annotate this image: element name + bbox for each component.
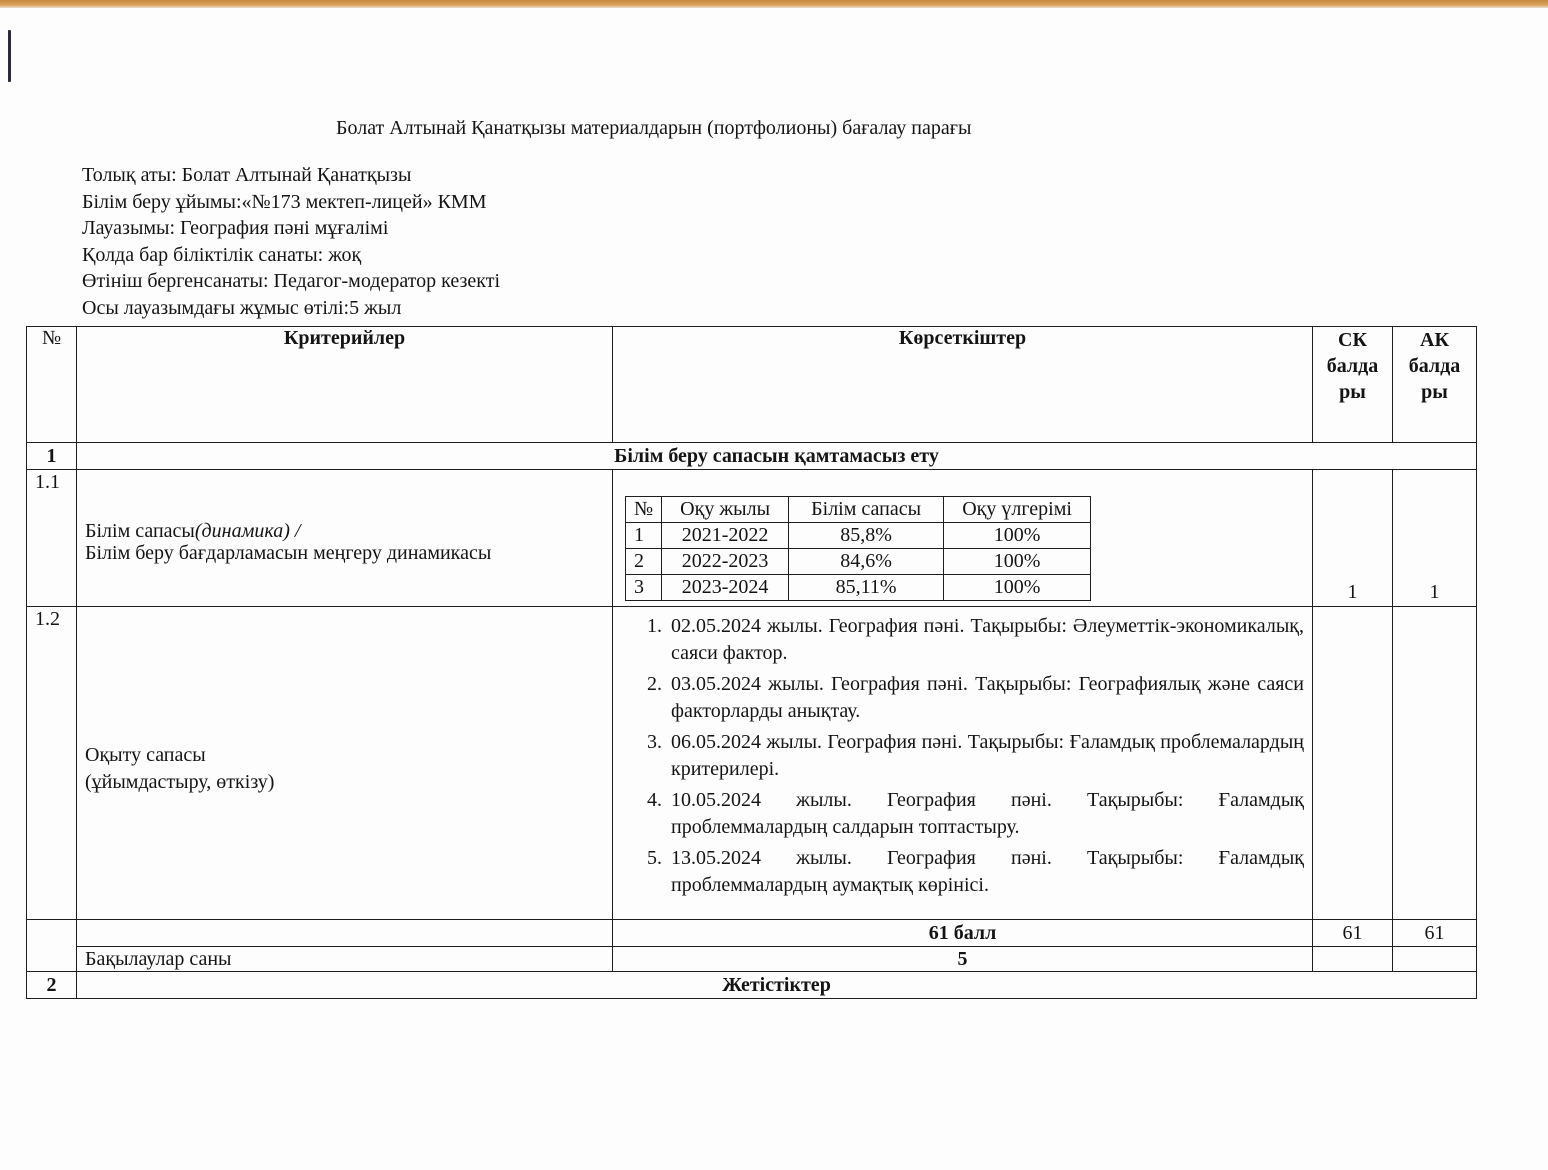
table-row: 1.2 Оқыту сапасы (ұйымдастыру, өткізу) 0… — [27, 607, 1477, 920]
info-current-category: Қолда бар біліктілік санаты: жоқ — [82, 242, 500, 269]
info-full-name: Толық аты: Болат Алтынай Қанатқызы — [82, 162, 500, 189]
total-label: 61 балл — [613, 920, 1313, 947]
header-indicators: Көрсеткіштер — [613, 327, 1313, 443]
indicators-cell: № Оқу жылы Білім сапасы Оқу үлгерімі 1 2… — [613, 470, 1313, 607]
document-title: Болат Алтынай Қанатқызы материалдарын (п… — [336, 117, 971, 140]
observations-row: Бақылаулар саны 5 — [27, 947, 1477, 972]
table-row: 1.1 Білім сапасы(динамика) / Білім беру … — [27, 470, 1477, 607]
section-title: Жетістіктер — [77, 972, 1477, 999]
empty-cell — [27, 920, 77, 947]
observations-label: Бақылаулар саны — [77, 947, 613, 972]
quality-table-header: № Оқу жылы Білім сапасы Оқу үлгерімі — [626, 497, 1091, 523]
row-number: 1.2 — [27, 607, 77, 920]
section-row-2: 2 Жетістіктер — [27, 972, 1477, 999]
criteria-cell: Білім сапасы(динамика) / Білім беру бағд… — [77, 470, 613, 607]
evaluation-table: № Критерийлер Көрсеткіштер СК балда ры А… — [26, 326, 1477, 999]
lesson-item: 03.05.2024 жылы. География пәні. Тақырыб… — [667, 671, 1304, 725]
section-number: 2 — [27, 972, 77, 999]
section-title: Білім беру сапасын қамтамасыз ету — [77, 443, 1477, 470]
sk-score — [1313, 607, 1393, 920]
lesson-item: 10.05.2024 жылы. География пәні. Тақырыб… — [667, 787, 1304, 841]
applicant-info: Толық аты: Болат Алтынай Қанатқызы Білім… — [82, 162, 500, 322]
info-organization: Білім беру ұйымы:«№173 мектеп-лицей» КММ — [82, 189, 500, 216]
empty-cell — [1313, 947, 1393, 972]
total-row: 61 балл 61 61 — [27, 920, 1477, 947]
header-criteria: Критерийлер — [77, 327, 613, 443]
paper-top-edge — [0, 0, 1548, 8]
lesson-item: 13.05.2024 жылы. География пәні. Тақырыб… — [667, 845, 1304, 899]
table-header-row: № Критерийлер Көрсеткіштер СК балда ры А… — [27, 327, 1477, 443]
header-ak-score: АК балда ры — [1393, 327, 1477, 443]
criteria-cell: Оқыту сапасы (ұйымдастыру, өткізу) — [77, 607, 613, 920]
header-number: № — [27, 327, 77, 443]
indicators-cell: 02.05.2024 жылы. География пәні. Тақырыб… — [613, 607, 1313, 920]
ak-score: 1 — [1393, 470, 1477, 607]
lessons-list: 02.05.2024 жылы. География пәні. Тақырыб… — [621, 613, 1304, 899]
section-row-1: 1 Білім беру сапасын қамтамасыз ету — [27, 443, 1477, 470]
empty-cell — [77, 920, 613, 947]
info-position: Лауазымы: География пәні мұғалімі — [82, 215, 500, 242]
info-requested-category: Өтініш бергенсанаты: Педагог-модератор к… — [82, 268, 500, 295]
row-number: 1.1 — [27, 470, 77, 607]
empty-cell — [27, 947, 77, 972]
scan-mark — [8, 30, 11, 82]
total-sk-score: 61 — [1313, 920, 1393, 947]
sk-score: 1 — [1313, 470, 1393, 607]
empty-cell — [1393, 947, 1477, 972]
quality-table-row: 2 2022-2023 84,6% 100% — [626, 549, 1091, 575]
header-sk-score: СК балда ры — [1313, 327, 1393, 443]
section-number: 1 — [27, 443, 77, 470]
total-ak-score: 61 — [1393, 920, 1477, 947]
ak-score — [1393, 607, 1477, 920]
quality-table-row: 3 2023-2024 85,11% 100% — [626, 575, 1091, 601]
quality-table: № Оқу жылы Білім сапасы Оқу үлгерімі 1 2… — [625, 496, 1091, 601]
info-experience: Осы лауазымдағы жұмыс өтілі:5 жыл — [82, 295, 500, 322]
observations-count: 5 — [613, 947, 1313, 972]
quality-table-row: 1 2021-2022 85,8% 100% — [626, 523, 1091, 549]
lesson-item: 06.05.2024 жылы. География пәні. Тақырыб… — [667, 729, 1304, 783]
lesson-item: 02.05.2024 жылы. География пәні. Тақырыб… — [667, 613, 1304, 667]
